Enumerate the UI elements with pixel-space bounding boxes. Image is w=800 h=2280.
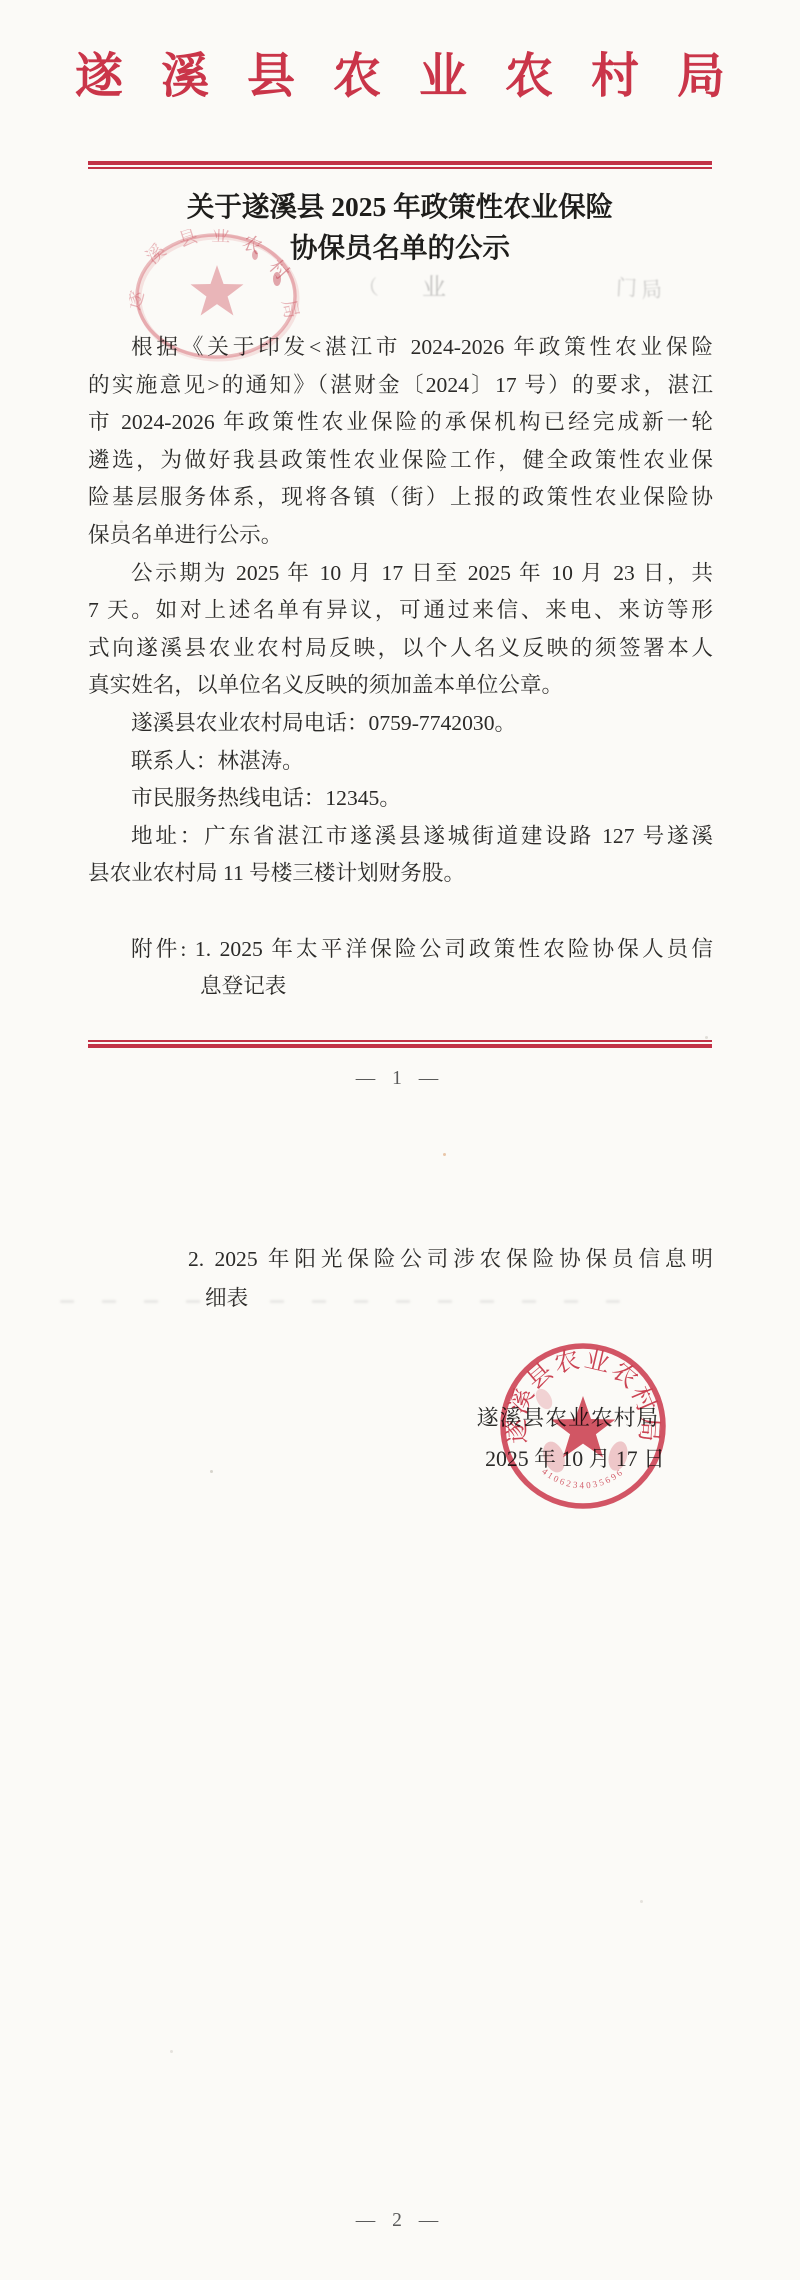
footer-thick-line (88, 1044, 712, 1048)
body-line-address: 地址：广东省湛江市遂溪县遂城街道建设路 127 号遂溪 (88, 818, 713, 856)
body-line-hotline: 市民服务热线电话：12345。 (88, 780, 713, 818)
notice-title-line2: 协保员名单的公示 (0, 227, 800, 268)
body-line-address: 县农业农村局 11 号楼三楼计划财务股。 (88, 855, 713, 893)
attachment-item-2: 2. 2025 年阳光保险公司涉农保险协保员信息明 细表 (88, 1240, 713, 1318)
received-stamp-char: 县 (176, 229, 201, 252)
blank-line (88, 893, 713, 931)
body-line: 真实姓名，以单位名义反映的须加盖本单位公章。 (88, 667, 713, 705)
received-stamp-star-icon (191, 265, 244, 315)
received-stamp-smudge (273, 272, 281, 286)
letterhead-agency-text: 遂溪县农业农村局 (75, 50, 763, 103)
scanned-document-page: 遂溪县农业农村局 关于遂溪县 2025 年政策性农业保险 协保员名单的公示 遂 … (0, 0, 800, 2280)
footer-thin-line (88, 1040, 712, 1042)
body-line: 保员名单进行公示。 (88, 517, 713, 555)
letterhead-divider-rule (88, 161, 712, 169)
notice-title: 关于遂溪县 2025 年政策性农业保险 协保员名单的公示 (0, 186, 800, 268)
ghost-mark: 局 (640, 273, 663, 304)
divider-thin-line (88, 167, 712, 169)
dust-speck (443, 1153, 446, 1156)
notice-title-line1: 关于遂溪县 2025 年政策性农业保险 (0, 186, 800, 227)
official-seal-smudge (605, 1439, 630, 1473)
body-line: 遴选，为做好我县政策性农业保险工作，健全政策性农业保 (88, 442, 713, 480)
page1-number: — 1 — (0, 1068, 800, 1090)
body-line: 式向遂溪县农业农村局反映，以个人名义反映的须签署本人 (88, 630, 713, 668)
received-stamp-smudge (252, 250, 258, 260)
ghost-mark: 业 (422, 267, 446, 302)
body-line: 7 天。如对上述名单有异议，可通过来信、来电、来访等形 (88, 592, 713, 630)
page2-number: — 2 — (0, 2210, 800, 2232)
body-line: 公示期为 2025 年 10 月 17 日至 2025 年 10 月 23 日，… (88, 555, 713, 593)
dust-speck (170, 2050, 173, 2053)
dust-speck (210, 1470, 213, 1473)
received-stamp-char: 溪 (142, 240, 171, 269)
body-line-contact: 联系人：林湛涛。 (88, 743, 713, 781)
ghost-mark: 门 (615, 271, 638, 302)
ghost-mark: （ (357, 271, 380, 302)
letterhead-agency-title: 遂溪县农业农村局 (0, 48, 800, 106)
divider-thick-line (88, 161, 712, 165)
attachment-line-1: 附件: 1. 2025 年太平洋保险公司政策性农险协保人员信 (88, 931, 713, 969)
body-line: 的实施意见>的通知》（湛财金〔2024〕17 号）的要求，湛江 (88, 367, 713, 405)
notice-body: 根据《关于印发<湛江市 2024-2026 年政策性农业保险 的实施意见>的通知… (88, 329, 713, 1006)
received-stamp: 遂 溪 县 业 农 村 局 (129, 229, 303, 365)
dust-speck (640, 1900, 643, 1903)
body-line-phone: 遂溪县农业农村局电话：0759-7742030。 (88, 705, 713, 743)
body-line: 市 2024-2026 年政策性农业保险的承保机构已经完成新一轮 (88, 404, 713, 442)
body-line: 险基层服务体系，现将各镇（街）上报的政策性农业保险协 (88, 479, 713, 517)
attachment-line-2-cont: 细表 (88, 1279, 713, 1318)
received-stamp-char: 业 (211, 229, 231, 247)
attachment-line-1-cont: 息登记表 (88, 968, 713, 1006)
dust-speck (705, 1036, 708, 1039)
official-seal-stamp: 遂溪县农业农村局 4106234035696 (496, 1339, 670, 1513)
attachment-line-2: 2. 2025 年阳光保险公司涉农保险协保员信息明 (88, 1240, 713, 1279)
page1-footer-rule (88, 1040, 712, 1048)
received-stamp-char: 局 (277, 298, 301, 321)
